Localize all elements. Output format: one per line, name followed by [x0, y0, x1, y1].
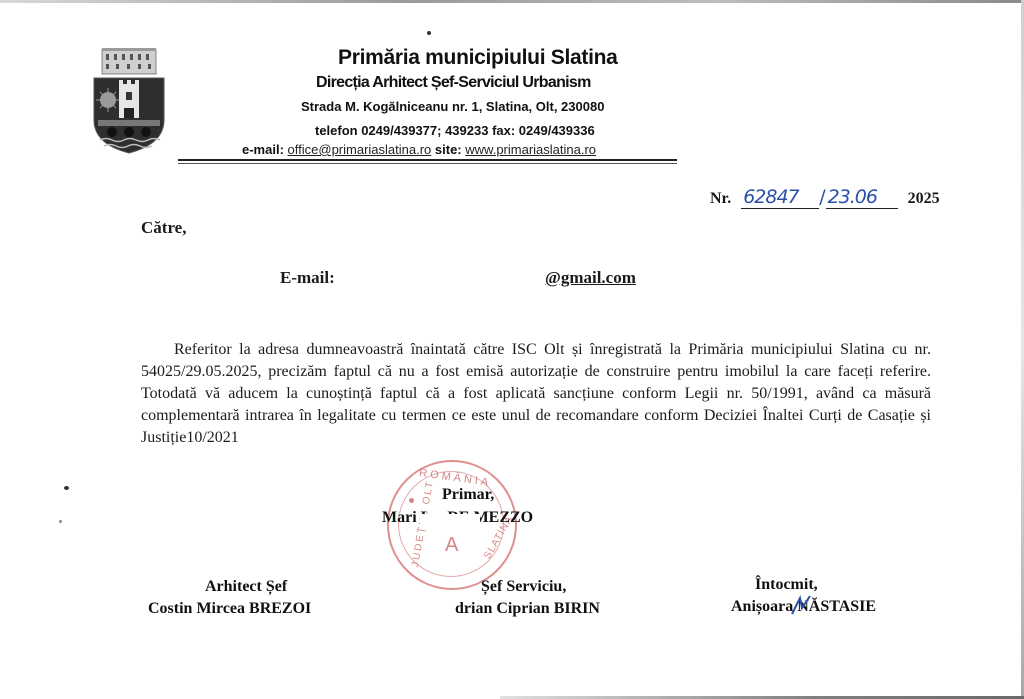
redaction [420, 514, 480, 528]
recipient-email-value[interactable]: @gmail.com [545, 268, 636, 288]
service-head-title: Șef Serviciu, [481, 578, 566, 596]
letter-body: Referitor la adresa dumneavoastră înaint… [141, 339, 931, 449]
registration-label: Nr. [710, 190, 731, 207]
department-name: Direcția Arhitect Șef-Serviciul Urbanism [316, 74, 591, 92]
header-rule [178, 159, 677, 161]
service-head-name: drian Ciprian BIRIN [455, 600, 600, 618]
registration-year: 2025 [908, 190, 940, 207]
contact-line: e-mail: office@primariaslatina.ro site: … [242, 142, 596, 157]
scan-edge-top [0, 0, 1024, 3]
scan-speck [64, 486, 69, 490]
address-line: Strada M. Kogălniceanu nr. 1, Slatina, O… [301, 99, 604, 114]
header-rule-thin [178, 163, 677, 164]
coat-of-arms-icon [92, 48, 166, 154]
phone-line: telefon 0249/439377; 439233 fax: 0249/43… [315, 123, 595, 138]
handwritten-number: 62847 [741, 186, 819, 209]
institution-name: Primăria municipiului Slatina [338, 46, 618, 70]
recipient-email-label: E-mail: [280, 268, 335, 288]
stamp-dot [409, 498, 414, 503]
scan-speck [427, 31, 431, 35]
mayor-title: Primar, [442, 486, 494, 504]
chief-architect-name: Costin Mircea BREZOI [148, 600, 311, 618]
drafted-by-title: Întocmit, [755, 576, 818, 594]
recipient-heading: Către, [141, 218, 186, 238]
handwritten-date: 23.06 [826, 186, 898, 209]
site-label: site: [435, 142, 462, 157]
email-label: e-mail: [242, 142, 284, 157]
site-link[interactable]: www.primariaslatina.ro [465, 142, 596, 157]
registration-number: Nr. 62847/23.06 2025 [710, 186, 940, 209]
stamp-center-text: A [445, 534, 458, 557]
scan-speck [59, 520, 62, 523]
chief-architect-title: Arhitect Șef [205, 578, 287, 596]
email-link[interactable]: office@primariaslatina.ro [288, 142, 432, 157]
handwritten-initial-icon [790, 594, 814, 616]
